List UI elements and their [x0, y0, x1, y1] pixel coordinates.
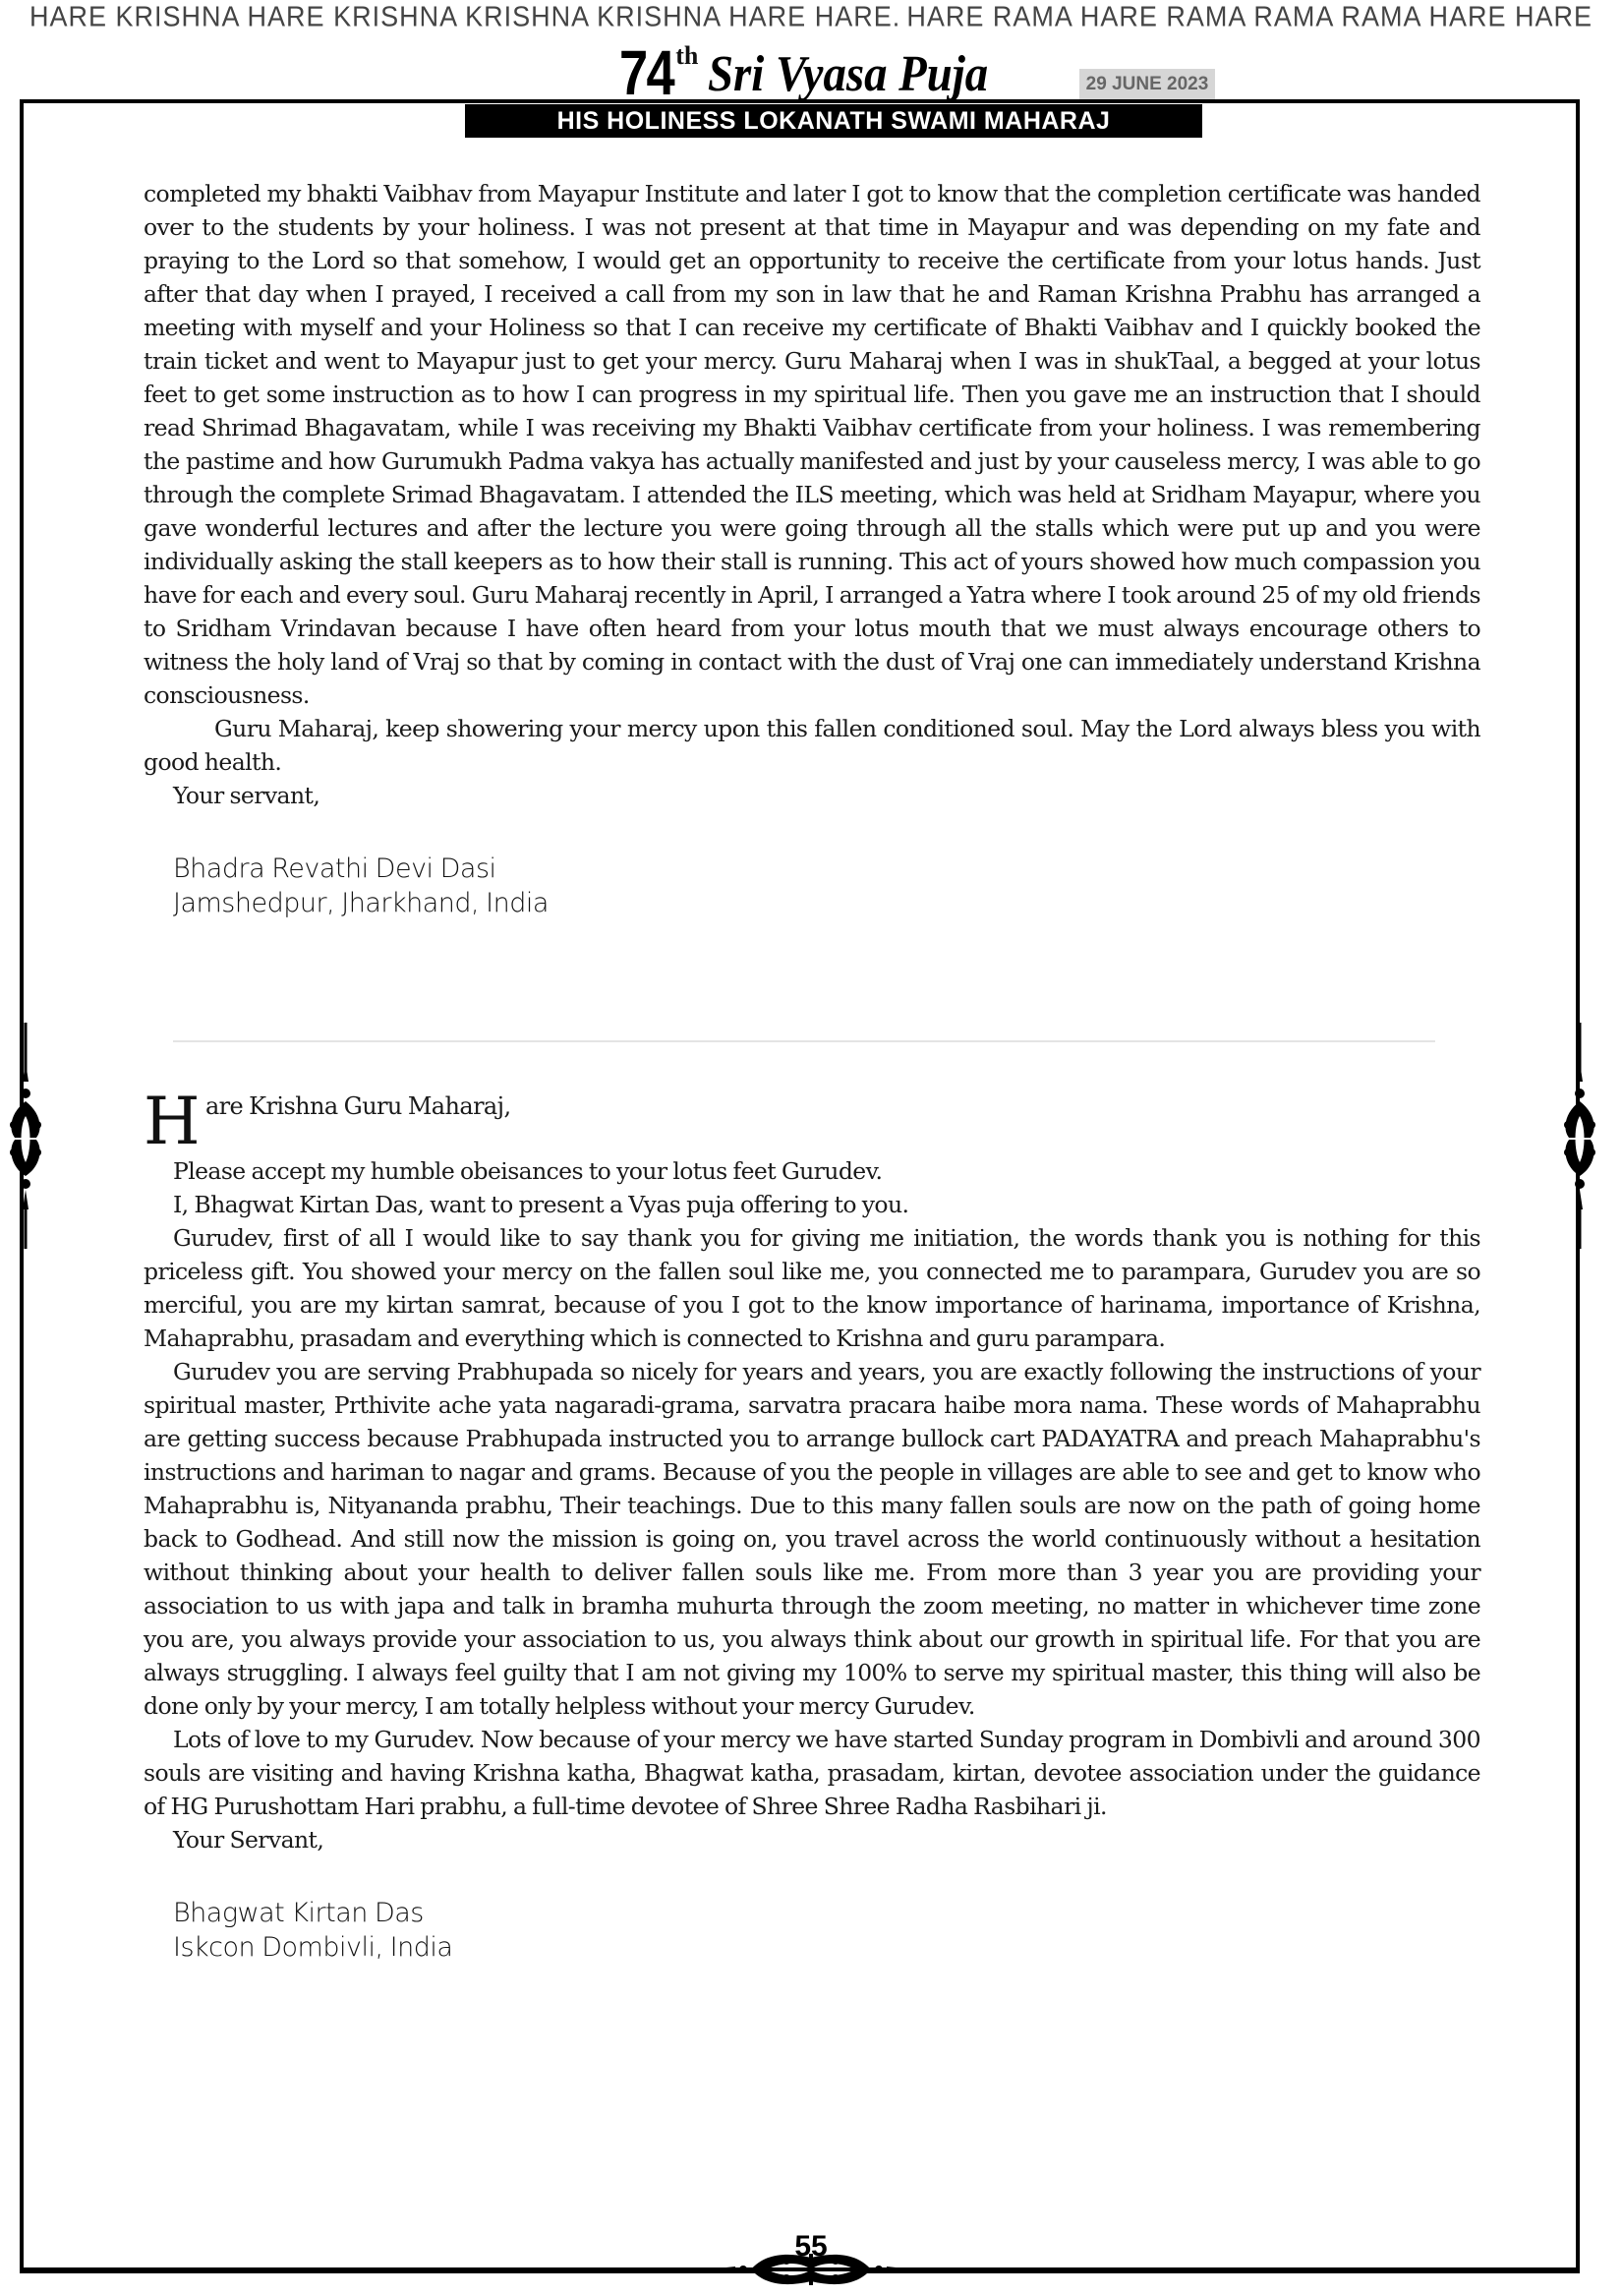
- offering-2-paragraph: Lots of love to my Gurudev. Now because …: [144, 1723, 1480, 1823]
- offering-separator: [173, 1040, 1435, 1042]
- left-floral-ornament-icon: [4, 1023, 47, 1249]
- offering-2-salutation: are Krishna Guru Maharaj,: [205, 1092, 511, 1120]
- offering-2-signature-name: Bhagwat Kirtan Das: [144, 1896, 1480, 1930]
- offering-1-paragraph: completed my bhakti Vaibhav from Mayapur…: [144, 177, 1480, 712]
- offering-1-closing: Your servant,: [144, 779, 1480, 812]
- offering-2-salutation-row: H are Krishna Guru Maharaj,: [144, 1089, 1480, 1154]
- offering-2-signature-location: Iskcon Dombivli, India: [144, 1930, 1480, 1965]
- offering-1-paragraph: Guru Maharaj, keep showering your mercy …: [144, 712, 1480, 779]
- mantra-right: HARE RAMA HARE RAMA RAMA RAMA HARE HARE: [906, 0, 1593, 34]
- offering-2-paragraph: Please accept my humble obeisances to yo…: [144, 1154, 1480, 1188]
- title-text: Sri Vyasa Puja: [708, 49, 988, 100]
- offering-1-signature-name: Bhadra Revathi Devi Dasi: [144, 852, 1480, 886]
- offering-2: H are Krishna Guru Maharaj, Please accep…: [144, 1089, 1480, 1965]
- name-banner: HIS HOLINESS LOKANATH SWAMI MAHARAJ: [465, 104, 1202, 138]
- date-badge: 29 JUNE 2023: [1079, 69, 1215, 100]
- dropcap: H: [144, 1093, 200, 1150]
- right-floral-ornament-icon: [1558, 1023, 1601, 1249]
- footer-rule: [24, 2267, 1580, 2271]
- title-number: 74: [619, 45, 673, 100]
- offering-2-closing: Your Servant,: [144, 1823, 1480, 1856]
- offering-1-signature-location: Jamshedpur, Jharkhand, India: [144, 886, 1480, 920]
- mantra-left: HARE KRISHNA HARE KRISHNA KRISHNA KRISHN…: [29, 0, 900, 34]
- page-title: 74 th Sri Vyasa Puja: [619, 39, 1019, 100]
- mantra-header: HARE KRISHNA HARE KRISHNA KRISHNA KRISHN…: [0, 0, 1622, 34]
- offering-1: completed my bhakti Vaibhav from Mayapur…: [144, 177, 1480, 920]
- offering-2-paragraph: Gurudev, first of all I would like to sa…: [144, 1221, 1480, 1355]
- title-suffix: th: [675, 41, 698, 71]
- offering-2-paragraph: I, Bhagwat Kirtan Das, want to present a…: [144, 1188, 1480, 1221]
- offering-2-paragraph: Gurudev you are serving Prabhupada so ni…: [144, 1355, 1480, 1723]
